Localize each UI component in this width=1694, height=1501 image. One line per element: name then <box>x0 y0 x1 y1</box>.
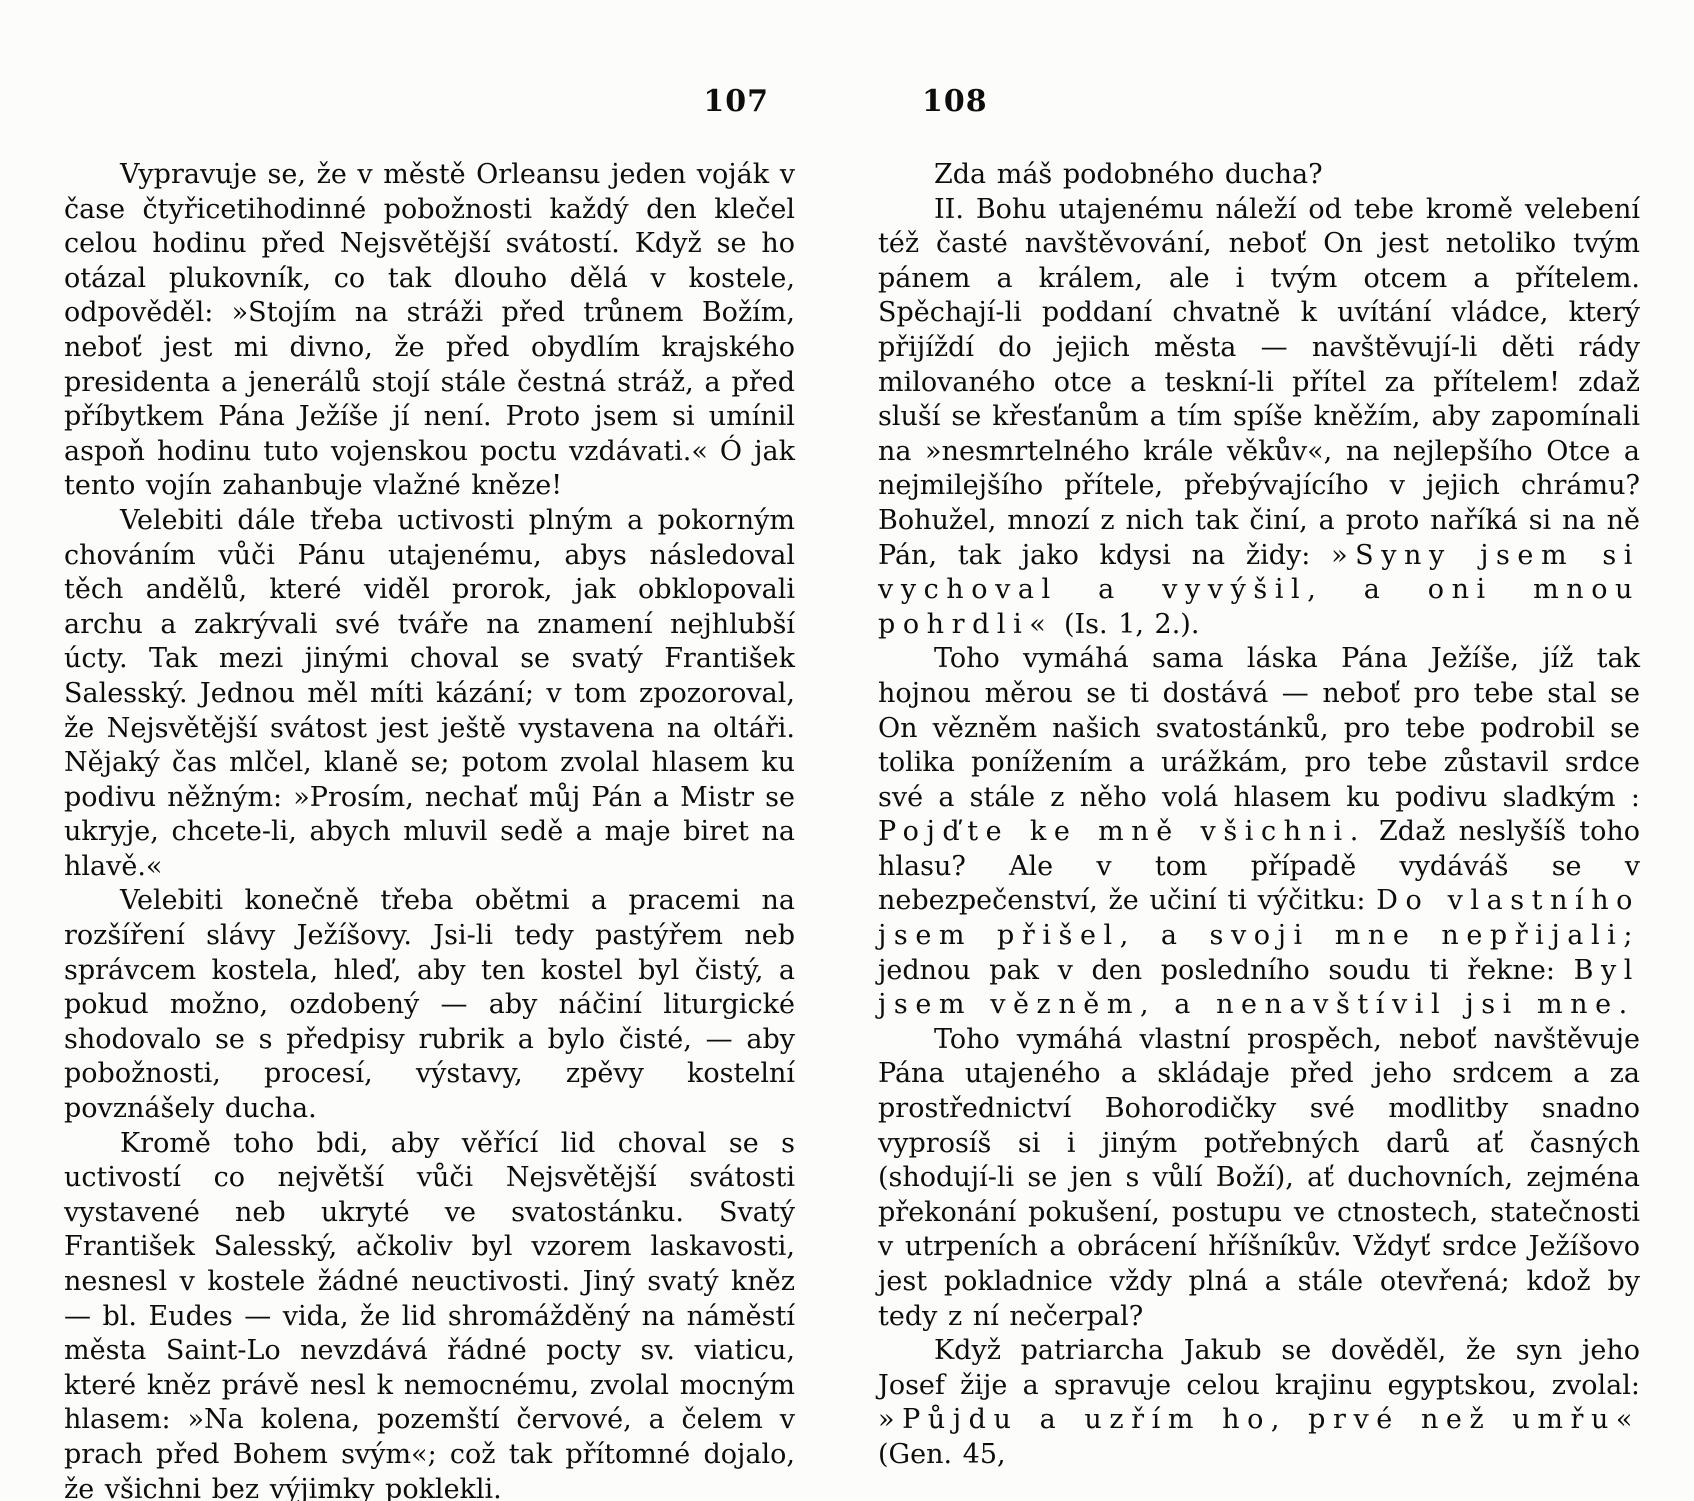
page-107: 107 Vypravuje se, že v městě Orleansu je… <box>64 86 795 1501</box>
body-text: jednou pak v den posledního soudu ti řek… <box>878 955 1574 986</box>
page-number-right: 108 <box>878 86 1640 118</box>
paragraph: Zda máš podobného ducha? <box>878 158 1640 193</box>
paragraph: Velebiti konečně třeba obětmi a pracemi … <box>64 884 795 1126</box>
body-text: Toho vymáhá sama láska Pána Ježíše, jíž … <box>878 643 1640 812</box>
paragraph: II. Bohu utajenému náleží od tebe kromě … <box>878 193 1640 643</box>
book-page-spread: 107 Vypravuje se, že v městě Orleansu je… <box>0 0 1694 1501</box>
body-text: II. Bohu utajenému náleží od tebe kromě … <box>878 194 1640 571</box>
paragraph: Vypravuje se, že v městě Orleansu jeden … <box>64 158 795 504</box>
paragraph: Když patriarcha Jakub se dověděl, že syn… <box>878 1334 1640 1472</box>
body-text: Toho vymáhá vlastní prospěch, neboť navš… <box>878 1024 1640 1332</box>
paragraph: Toho vymáhá sama láska Pána Ježíše, jíž … <box>878 642 1640 1023</box>
body-text: Vypravuje se, že v městě Orleansu jeden … <box>64 159 795 501</box>
emphasized-text: Pojďte ke mně všichni. <box>878 816 1366 847</box>
paragraph: Toho vymáhá vlastní prospěch, neboť navš… <box>878 1023 1640 1334</box>
emphasized-text: »Půjdu a uzřím ho, prvé než umřu« <box>878 1404 1640 1435</box>
body-text: Když patriarcha Jakub se dověděl, že syn… <box>878 1335 1640 1401</box>
page-108-text-column: Zda máš podobného ducha?II. Bohu utajené… <box>878 158 1640 1473</box>
page-107-text-column: Vypravuje se, že v městě Orleansu jeden … <box>64 158 795 1501</box>
paragraph: Velebiti dále třeba uctivosti plným a po… <box>64 504 795 885</box>
body-text: Kromě toho bdi, aby věřící lid choval se… <box>64 1128 795 1501</box>
page-108: 108 Zda máš podobného ducha?II. Bohu uta… <box>878 86 1640 1473</box>
body-text: Velebiti konečně třeba obětmi a pracemi … <box>64 885 795 1124</box>
body-text: Velebiti dále třeba uctivosti plným a po… <box>64 505 795 882</box>
body-text: (Is. 1, 2.). <box>1053 609 1199 640</box>
body-text: Zda máš podobného ducha? <box>934 159 1323 190</box>
body-text: (Gen. 45, <box>878 1439 1006 1470</box>
page-number-left: 107 <box>64 86 795 118</box>
paragraph: Kromě toho bdi, aby věřící lid choval se… <box>64 1127 795 1501</box>
